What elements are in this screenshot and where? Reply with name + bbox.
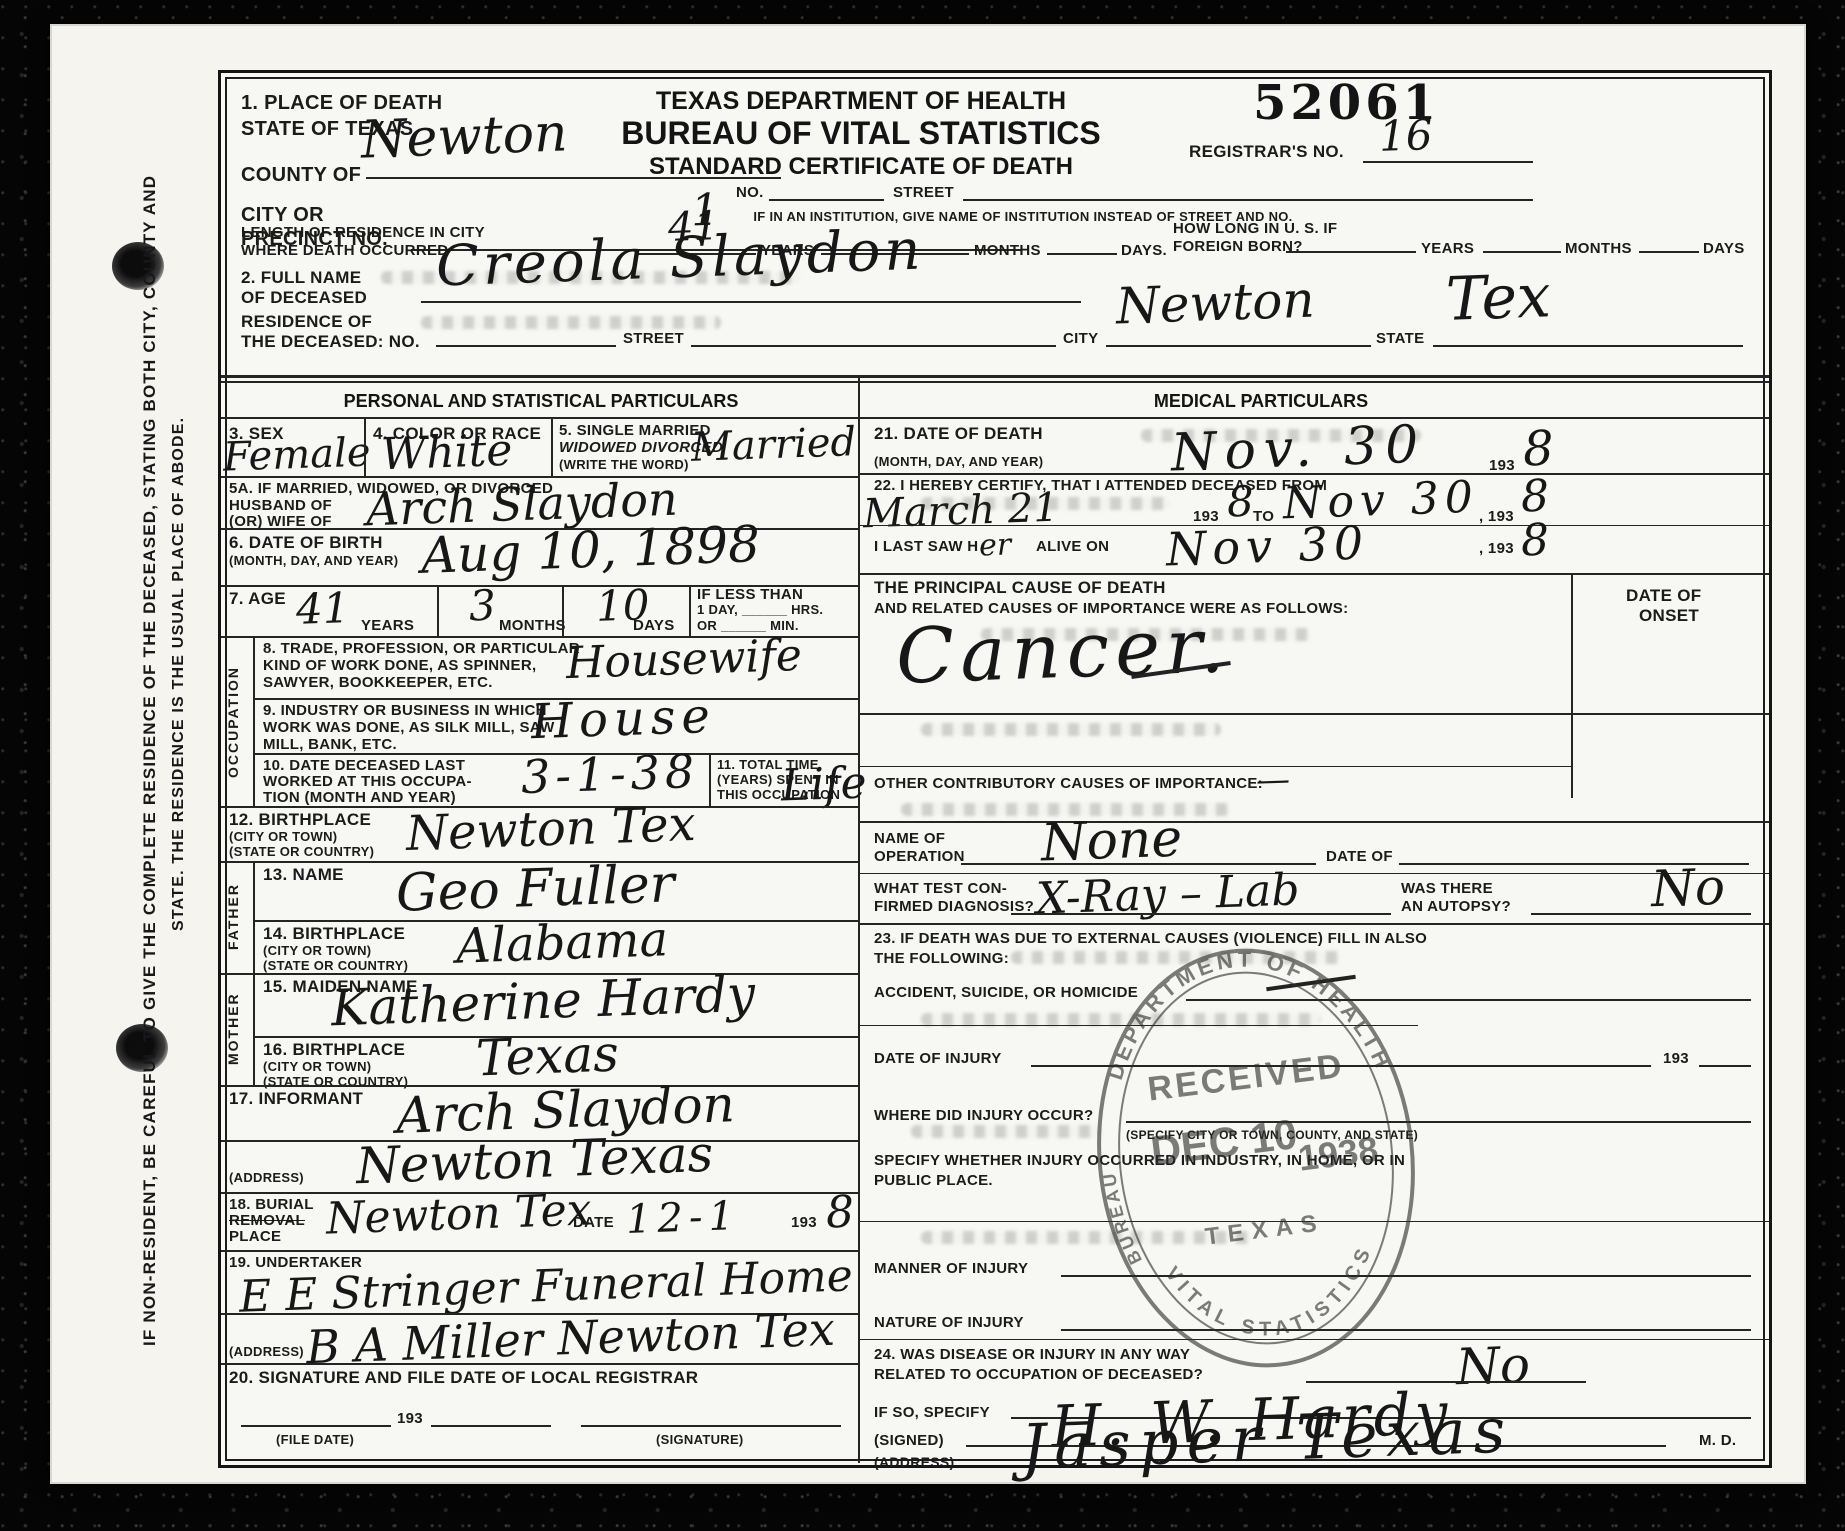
margin-caution-text-inner: STATE. THE RESIDENCE IS THE USUAL PLACE … (170, 414, 188, 934)
residence-street-label: STREET (623, 331, 684, 347)
marital-handwritten-value: Married (690, 422, 856, 468)
trade-label-3: SAWYER, BOOKKEEPER, ETC. (263, 675, 493, 691)
row22b-rule (858, 573, 1769, 575)
bleedthrough-smudge (421, 316, 721, 329)
external-causes-label-2: THE FOLLOWING: (874, 951, 1009, 967)
burial-label-place: PLACE (229, 1229, 281, 1245)
residence-street-underline (691, 345, 1056, 347)
row21-rule (858, 473, 1769, 475)
certify-to-year-prefix: , 193 (1479, 509, 1514, 525)
header-double-rule-1 (221, 375, 1769, 378)
marital-label-1: 5. SINGLE MARRIED (559, 423, 711, 439)
trade-label-2: KIND OF WORK DONE, AS SPINNER, (263, 658, 536, 674)
last-saw-year-prefix: , 193 (1479, 541, 1514, 557)
onset-box-divider (1571, 573, 1573, 798)
onset-rule-1 (1571, 713, 1769, 715)
autopsy-underline (1531, 913, 1751, 915)
operation-label-2: OPERATION (874, 849, 965, 865)
certify-from-year-digit: 8 (1226, 481, 1254, 524)
birthplace-sub-2: (STATE OR COUNTRY) (229, 845, 374, 859)
medical-section-title: MEDICAL PARTICULARS (981, 391, 1541, 412)
residence-days-underline (1047, 253, 1117, 255)
dob-handwritten-value: Aug 10, 1898 (420, 519, 760, 581)
last-saw-handwritten-value: Nov 30 (1165, 519, 1370, 572)
residence-state-underline (1433, 345, 1743, 347)
street-no-label: NO. (736, 185, 764, 201)
onset-label-2: ONSET (1639, 607, 1699, 625)
dob-label-2: (MONTH, DAY, AND YEAR) (229, 554, 398, 568)
last-worked-label-3: TION (MONTH AND YEAR) (263, 790, 456, 806)
age-days-label: DAYS (633, 618, 675, 634)
age-less-than-label-2: 1 DAY, ______ HRS. (697, 603, 823, 617)
injury-specify-label-2: PUBLIC PLACE. (874, 1173, 993, 1189)
local-registrar-label: 20. SIGNATURE AND FILE DATE OF LOCAL REG… (229, 1369, 698, 1387)
burial-label-removal: REMOVAL (229, 1213, 305, 1229)
cause-handwritten-value: Cancer. (895, 607, 1232, 695)
stamp-received-text: RECEIVED (1146, 1047, 1347, 1109)
injury-date-label: DATE OF INJURY (874, 1051, 1002, 1067)
stamp-year-text: 1938 (1296, 1128, 1380, 1178)
sex-color-divider (364, 417, 366, 476)
burial-label-1: 18. BURIAL (229, 1197, 314, 1213)
color-marital-divider (551, 417, 553, 476)
birthplace-label: 12. BIRTHPLACE (229, 811, 371, 829)
full-name-label-2: OF DECEASED (241, 289, 367, 307)
cause-rule-1 (858, 713, 1571, 715)
age-divider-1 (437, 585, 439, 636)
stamp-state-text: TEXAS (1204, 1209, 1326, 1250)
personal-section-title: PERSONAL AND STATISTICAL PARTICULARS (251, 391, 831, 412)
date-of-death-label: 21. DATE OF DEATH (874, 425, 1043, 443)
street-no-underline (769, 199, 884, 201)
md-label: M. D. (1699, 1433, 1736, 1449)
cert-title: STANDARD CERTIFICATE OF DEATH (561, 153, 1161, 181)
bureau-title: BUREAU OF VITAL STATISTICS (561, 115, 1161, 152)
trade-handwritten-value: Housewife (565, 634, 802, 686)
residence-city-underline (1106, 345, 1371, 347)
registrar-year-prefix: 193 (397, 1411, 423, 1427)
date-of-death-handwritten-value: Nov. 30 (1170, 419, 1427, 480)
cause-rule-2 (858, 766, 1571, 767)
signed-label: (SIGNED) (874, 1433, 944, 1449)
institution-note: IF IN AN INSTITUTION, GIVE NAME OF INSTI… (513, 210, 1533, 224)
certificate-form: 1. PLACE OF DEATH STATE OF TEXAS COUNTY … (218, 70, 1772, 1468)
dob-label-1: 6. DATE OF BIRTH (229, 534, 383, 552)
us-days-label: DAYS (1703, 241, 1745, 257)
physician-address-label: (ADDRESS) (874, 1455, 954, 1470)
nature-label: NATURE OF INJURY (874, 1315, 1024, 1331)
registrar-no-label: REGISTRAR'S NO. (1189, 143, 1344, 161)
birthplace-sub-1: (CITY OR TOWN) (229, 830, 337, 844)
residence-of-label-1: RESIDENCE OF (241, 313, 372, 331)
spouse-label-2: HUSBAND OF (229, 498, 332, 514)
occupation-side-label: OCCUPATION (225, 641, 241, 803)
certify-to-year-digit: 8 (1520, 475, 1550, 520)
burial-date-label: DATE (573, 1215, 614, 1231)
operation-rule (858, 873, 1769, 874)
date-of-death-sub-label: (MONTH, DAY, AND YEAR) (874, 455, 1043, 469)
registrar-no-underline (1363, 161, 1533, 163)
industry-label-2: WORK WAS DONE, AS SILK MILL, SAW (263, 720, 555, 736)
injury-date-year-prefix: 193 (1663, 1051, 1689, 1067)
if-so-label: IF SO, SPECIFY (874, 1405, 990, 1421)
father-name-label: 13. NAME (263, 866, 344, 884)
age-years-handwritten-value: 41 (295, 587, 350, 631)
age-less-than-label-1: IF LESS THAN (697, 587, 803, 603)
contributory-dash-value: — (1255, 762, 1290, 797)
age-years-label: YEARS (361, 618, 414, 634)
certify-from-handwritten-value: March 21 (862, 488, 1059, 535)
father-birthplace-label: 14. BIRTHPLACE (263, 925, 405, 943)
full-name-handwritten-value: Creola Slaydon (435, 222, 925, 295)
received-date-stamp: DEPARTMENT OF HEALTH VITAL STATISTICS BU… (1049, 908, 1462, 1408)
industry-label-1: 9. INDUSTRY OR BUSINESS IN WHICH (263, 703, 547, 719)
mother-strip-divider (253, 973, 255, 1085)
trade-label-1: 8. TRADE, PROFESSION, OR PARTICULAR (263, 641, 580, 657)
us-days-underline (1639, 251, 1699, 253)
residence-of-label-2: THE DECEASED: NO. (241, 333, 420, 351)
father-name-handwritten-value: Geo Fuller (395, 858, 675, 920)
last-saw-label-1: I LAST SAW H (874, 539, 978, 555)
last-worked-label-1: 10. DATE DECEASED LAST (263, 758, 465, 774)
residence-city-handwritten-value: Newton (1115, 275, 1315, 332)
residence-days-label: DAYS. (1121, 243, 1167, 259)
age-months-handwritten-value: 3 (468, 585, 496, 628)
operation-label-1: NAME OF (874, 831, 945, 847)
us-residence-label-2: FOREIGN BORN? (1173, 239, 1303, 255)
sex-handwritten-value: Female (222, 432, 371, 477)
informant-address-label: (ADDRESS) (229, 1171, 304, 1185)
residence-city-label: CITY (1063, 331, 1098, 347)
related-handwritten-value: No (1455, 1340, 1531, 1393)
father-side-label: FATHER (225, 866, 241, 968)
last-saw-year-digit: 8 (1520, 519, 1550, 564)
dod-year-prefix: 193 (1489, 458, 1515, 474)
row10-11-divider (709, 753, 711, 806)
mother-birthplace-label: 16. BIRTHPLACE (263, 1041, 405, 1059)
row18-rule (221, 1250, 858, 1252)
us-months-label: MONTHS (1565, 241, 1632, 257)
undertaker-address-label: (ADDRESS) (229, 1345, 304, 1359)
city-or-label: CITY OR (241, 205, 324, 226)
operation-date-label: DATE OF (1326, 849, 1393, 865)
residence-state-handwritten-value: Tex (1445, 266, 1552, 330)
column-divider (858, 375, 860, 1463)
section-title-rule (221, 417, 1769, 419)
burial-place-handwritten-value: Newton Tex (325, 1188, 592, 1241)
margin-caution-text-outer: IF NON-RESIDENT, BE CAREFUL TO GIVE THE … (140, 60, 160, 1460)
injury-where-label: WHERE DID INJURY OCCUR? (874, 1108, 1093, 1124)
street-label: STREET (893, 185, 954, 201)
county-handwritten-value: Newton (360, 107, 568, 166)
us-years-underline (1286, 251, 1416, 253)
informant-label: 17. INFORMANT (229, 1090, 363, 1108)
cause-label-1: THE PRINCIPAL CAUSE OF DEATH (874, 579, 1166, 597)
operation-handwritten-value: None (1040, 813, 1183, 870)
signature-label: (SIGNATURE) (656, 1433, 744, 1447)
county-label: COUNTY OF (241, 165, 361, 186)
full-name-underline (421, 301, 1081, 303)
bleedthrough-smudge (921, 497, 1171, 510)
contributory-label: OTHER CONTRIBUTORY CAUSES OF IMPORTANCE: (874, 776, 1263, 792)
row19b-rule (221, 1363, 858, 1365)
full-name-label-1: 2. FULL NAME (241, 269, 361, 287)
dept-title: TEXAS DEPARTMENT OF HEALTH (561, 87, 1161, 116)
onset-label-1: DATE OF (1626, 587, 1701, 605)
last-worked-label-2: WORKED AT THIS OCCUPA- (263, 774, 472, 790)
mother-name-handwritten-value: Katherine Hardy (330, 969, 756, 1034)
total-time-handwritten-value: Life (780, 762, 867, 809)
occupation-strip-divider (253, 636, 255, 806)
street-underline (963, 199, 1533, 201)
last-saw-fill: er (978, 530, 1011, 561)
dod-year-digit: 8 (1522, 424, 1554, 473)
burial-year-digit: 8 (825, 1191, 855, 1236)
mother-birthplace-handwritten-value: Texas (475, 1029, 619, 1084)
industry-label-3: MILL, BANK, ETC. (263, 737, 397, 753)
father-birthplace-sub-1: (CITY OR TOWN) (263, 944, 371, 958)
stamp-ring-bottom-text: VITAL STATISTICS (1159, 1238, 1387, 1353)
manner-label: MANNER OF INJURY (874, 1261, 1028, 1277)
marital-label-3: (WRITE THE WORD) (559, 458, 689, 472)
age-label: 7. AGE (229, 590, 286, 608)
burial-date-handwritten-value: 12-1 (625, 1196, 740, 1240)
signature-underline (581, 1425, 841, 1427)
father-birthplace-sub-2: (STATE OR COUNTRY) (263, 959, 408, 973)
residence-months-label: MONTHS (974, 243, 1041, 259)
contributory-rule (858, 821, 1769, 823)
file-date-underline-2 (431, 1425, 551, 1427)
registrar-no-handwritten-value: 16 (1378, 114, 1433, 158)
test-underline (1011, 913, 1391, 915)
bleedthrough-smudge (921, 723, 1221, 736)
autopsy-label-1: WAS THERE (1401, 881, 1493, 897)
color-race-handwritten-value: White (380, 429, 513, 478)
birthplace-handwritten-value: Newton Tex (405, 800, 696, 858)
scanned-death-certificate: IF NON-RESIDENT, BE CAREFUL TO GIVE THE … (0, 0, 1845, 1531)
industry-handwritten-value: House (530, 692, 716, 746)
file-date-underline-1 (241, 1425, 391, 1427)
last-worked-handwritten-value: 3-1-38 (520, 748, 700, 800)
age-months-label: MONTHS (499, 618, 566, 634)
svg-text:VITAL STATISTICS: VITAL STATISTICS (1159, 1238, 1387, 1353)
residence-length-label-2: WHERE DEATH OCCURRED (241, 243, 448, 259)
burial-year-prefix: 193 (791, 1215, 817, 1231)
header-double-rule-2 (221, 381, 1769, 383)
us-years-label: YEARS (1421, 241, 1474, 257)
stamp-date-text: DEC 10 (1148, 1110, 1300, 1175)
informant-address-handwritten-value: Newton Texas (355, 1129, 714, 1191)
us-residence-label-1: HOW LONG IN U. S. IF (1173, 221, 1337, 237)
age-divider-3 (689, 585, 691, 636)
us-months-underline (1483, 251, 1561, 253)
test-label-1: WHAT TEST CON- (874, 881, 1007, 897)
last-saw-label-2: ALIVE ON (1036, 539, 1109, 555)
autopsy-handwritten-value: No (1650, 862, 1726, 915)
autopsy-label-2: AN AUTOPSY? (1401, 899, 1511, 915)
mother-side-label: MOTHER (225, 978, 241, 1080)
certificate-paper: IF NON-RESIDENT, BE CAREFUL TO GIVE THE … (50, 24, 1806, 1484)
father-strip-divider (253, 861, 255, 973)
injury-date-year-underline (1699, 1065, 1751, 1067)
residence-no-underline (436, 345, 616, 347)
father-birthplace-handwritten-value: Alabama (455, 915, 669, 970)
file-date-label: (FILE DATE) (276, 1433, 354, 1447)
mother-birthplace-sub-1: (CITY OR TOWN) (263, 1060, 371, 1074)
age-divider-2 (562, 585, 564, 636)
physician-address-value: Jasper Texas (1020, 1399, 1514, 1478)
residence-state-label: STATE (1376, 331, 1424, 347)
